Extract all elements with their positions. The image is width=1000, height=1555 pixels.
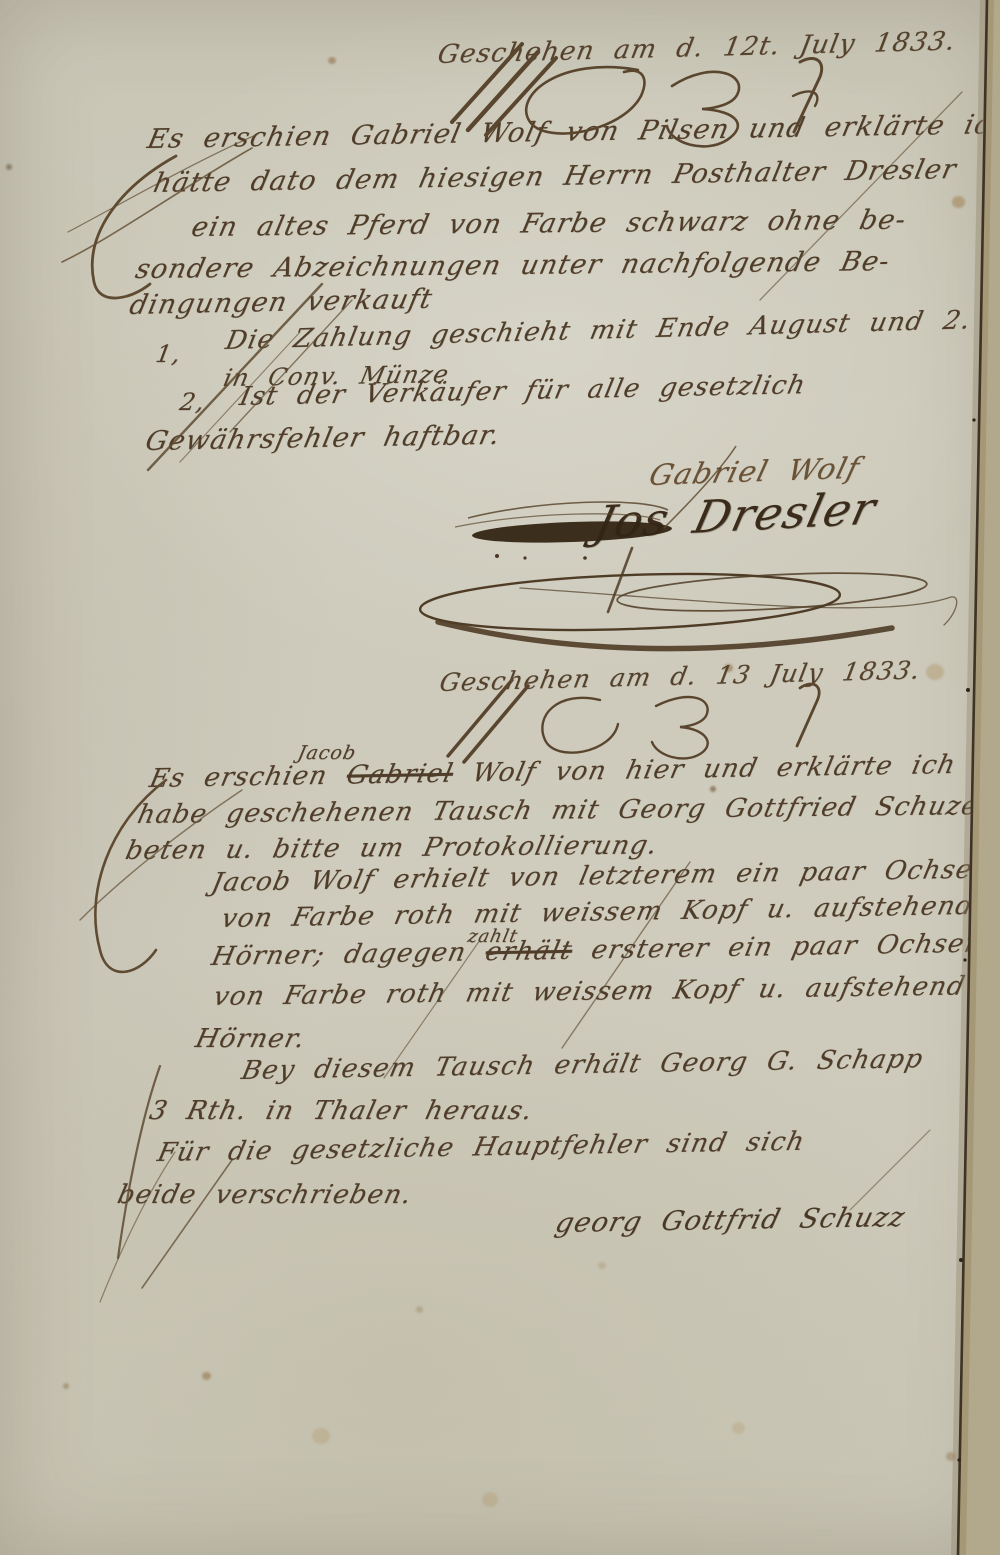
list-item-number: 2,: [178, 388, 208, 416]
handwritten-line: beide verschrieben.: [115, 1180, 416, 1210]
handwritten-line: dingungen verkauft: [127, 284, 436, 321]
handwritten-line: Es erschien Gabriel Wolf von hier und er…: [147, 750, 959, 794]
struck-word: Gabriel: [344, 759, 457, 791]
stain-spot: [312, 1428, 330, 1444]
handwritten-line: Hörner.: [193, 1024, 309, 1054]
document-page: Geschehen am d. 12t. July 1833. Es ersch…: [0, 0, 1000, 1555]
stain-spot: [732, 1422, 745, 1434]
stain-spot: [926, 664, 944, 680]
handwritten-line: habe geschehenen Tausch mit Georg Gottfr…: [135, 791, 1000, 830]
handwritten-line: hätte dato dem hiesigen Herrn Posthalter…: [151, 154, 960, 199]
stain-spot: [63, 1383, 69, 1389]
stain-spot: [946, 1452, 956, 1461]
line-text: ersterer ein paar Ochsen: [569, 929, 986, 966]
stain-spot: [952, 196, 965, 208]
stain-spot: [416, 1306, 423, 1313]
signature-paraph-flourish: [419, 548, 957, 649]
handwritten-line: Hörner; dagegen erhält ersterer ein paar…: [209, 929, 986, 972]
stain-spot: [328, 57, 336, 64]
list-item-line: Gewährsfehler haftbar.: [143, 420, 504, 457]
date-heading-entry1: Geschehen am d. 12t. July 1833.: [435, 27, 958, 70]
line-text: Hörner; dagegen: [209, 937, 489, 972]
handwritten-line: von Farbe roth mit weissem Kopf u. aufst…: [211, 972, 969, 1012]
line-text: Es erschien: [147, 761, 350, 794]
handwritten-line: von Farbe roth mit weissem Kopf u. aufst…: [219, 891, 994, 934]
struck-word: erhält: [483, 936, 576, 967]
signature-georg-gottfrid-schuzz: georg Gottfrid Schuzz: [552, 1202, 909, 1239]
stain-spot: [598, 1262, 606, 1269]
stain-spot: [482, 1492, 498, 1507]
stain-spot: [710, 786, 716, 792]
handwritten-line: sondere Abzeichnungen unter nachfolgende…: [133, 246, 894, 285]
handwritten-line: Für die gesetzliche Hauptfehler sind sic…: [155, 1127, 808, 1168]
handwritten-line: 3 Rth. in Thaler heraus.: [147, 1096, 537, 1126]
signature-jos-dresler: Jos Dresler: [590, 482, 882, 549]
handwritten-line: Es erschien Gabriel Wolf von Pilsen und …: [145, 109, 1000, 155]
handwritten-line: ein altes Pferd von Farbe schwarz ohne b…: [189, 205, 910, 243]
list-item-number: 1,: [154, 340, 184, 368]
date-heading-entry2: Geschehen am d. 13 July 1833.: [437, 655, 923, 697]
stain-spot: [202, 1372, 211, 1380]
line-text: Wolf von hier und erklärte ich: [450, 750, 959, 789]
handwritten-line: Bey diesem Tausch erhält Georg G. Schapp: [239, 1044, 926, 1086]
stain-spot: [6, 164, 12, 170]
page-edge: [955, 0, 1000, 1555]
